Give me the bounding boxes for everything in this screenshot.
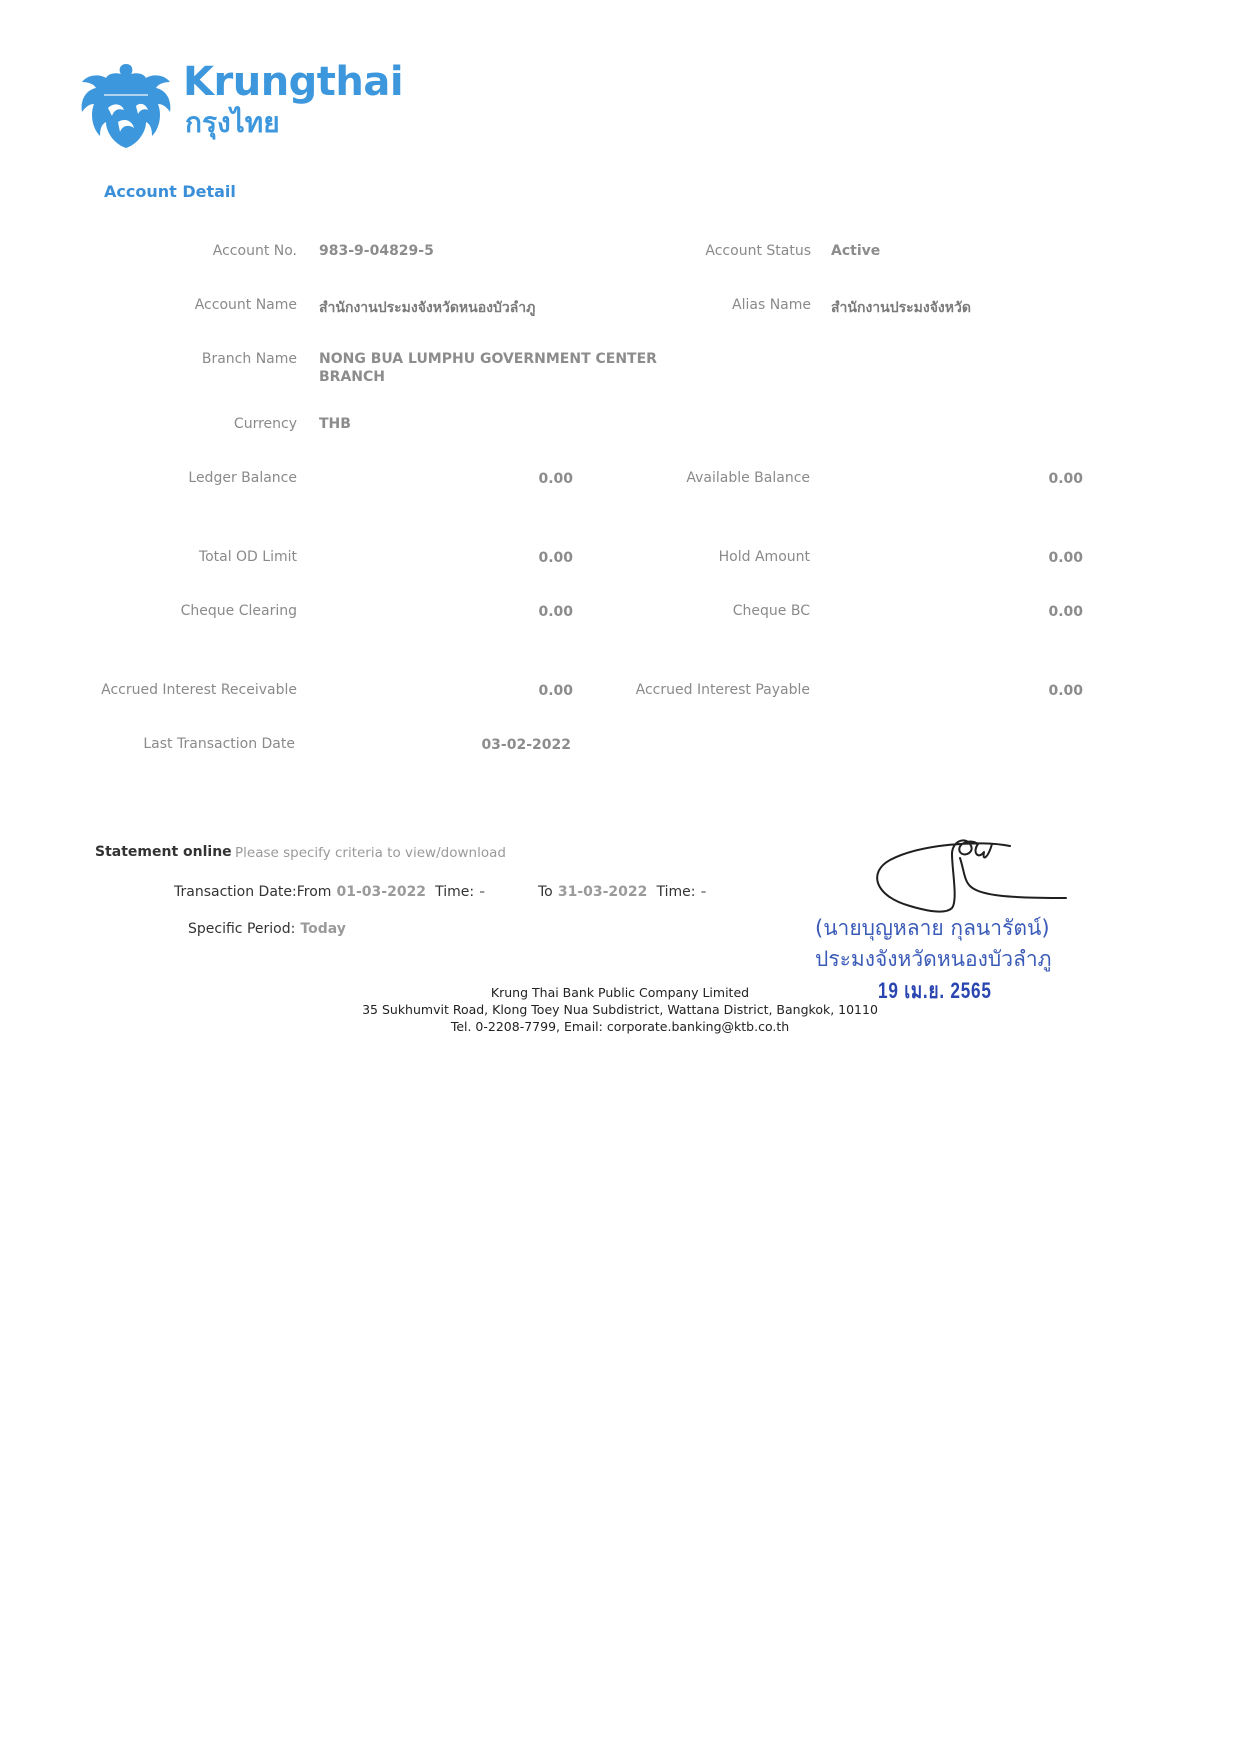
from-date-value: 01-03-2022: [337, 884, 427, 900]
ledger-balance-value: 0.00: [538, 471, 573, 487]
last-transaction-date-label: Last Transaction Date: [143, 736, 295, 752]
account-status-label: Account Status: [705, 243, 811, 259]
total-od-limit-label: Total OD Limit: [199, 549, 297, 565]
branch-name-value-line1: NONG BUA LUMPHU GOVERNMENT CENTER: [319, 351, 657, 367]
transaction-date-range-to: To 31-03-2022 Time: -: [538, 881, 706, 900]
brand-name-en: Krungthai: [183, 62, 403, 102]
accrued-interest-payable-value: 0.00: [1048, 683, 1083, 699]
statement-online-title: Statement online: [95, 844, 232, 860]
accrued-interest-receivable-value: 0.00: [538, 683, 573, 699]
cheque-clearing-value: 0.00: [538, 604, 573, 620]
signer-name: (นายบุญหลาย กุลนารัตน์): [815, 912, 1050, 945]
from-time-label: Time:: [435, 884, 474, 900]
currency-label: Currency: [234, 416, 297, 432]
account-no-label: Account No.: [213, 243, 297, 259]
branch-name-label: Branch Name: [202, 351, 297, 367]
to-date-value: 31-03-2022: [558, 884, 648, 900]
to-time-label: Time:: [657, 884, 696, 900]
cheque-bc-value: 0.00: [1048, 604, 1083, 620]
branch-name-value-line2: BRANCH: [319, 369, 385, 385]
account-name-value: สำนักงานประมงจังหวัดหนองบัวลำภู: [319, 297, 535, 319]
available-balance-value: 0.00: [1048, 471, 1083, 487]
hold-amount-label: Hold Amount: [719, 549, 810, 565]
from-time-value: -: [479, 884, 485, 900]
alias-name-value: สำนักงานประมงจังหวัด: [831, 297, 971, 319]
transaction-date-label: Transaction Date:From: [174, 884, 331, 900]
specific-period-label: Specific Period:: [188, 921, 295, 937]
specific-period: Specific Period: Today: [188, 918, 346, 937]
accrued-interest-receivable-label: Accrued Interest Receivable: [101, 682, 297, 698]
footer-contact: Tel. 0-2208-7799, Email: corporate.banki…: [300, 1018, 940, 1035]
garuda-bird-icon: [78, 58, 174, 154]
transaction-date-range-from: Transaction Date:From 01-03-2022 Time: -: [174, 881, 485, 900]
footer-company: Krung Thai Bank Public Company Limited: [300, 984, 940, 1001]
to-label: To: [538, 884, 553, 900]
statement-online-hint: Please specify criteria to view/download: [235, 845, 506, 861]
account-status-value: Active: [831, 243, 880, 259]
alias-name-label: Alias Name: [732, 297, 811, 313]
ledger-balance-label: Ledger Balance: [188, 470, 297, 486]
footer-address: 35 Sukhumvit Road, Klong Toey Nua Subdis…: [300, 1001, 940, 1018]
account-no-value: 983-9-04829-5: [319, 243, 434, 259]
accrued-interest-payable-label: Accrued Interest Payable: [636, 682, 810, 698]
last-transaction-date-value: 03-02-2022: [481, 737, 571, 753]
footer: Krung Thai Bank Public Company Limited 3…: [300, 984, 940, 1035]
signer-title: ประมงจังหวัดหนองบัวลำภู: [815, 943, 1052, 976]
to-time-value: -: [701, 884, 707, 900]
section-title: Account Detail: [104, 182, 236, 201]
currency-value: THB: [319, 416, 351, 432]
hold-amount-value: 0.00: [1048, 550, 1083, 566]
cheque-bc-label: Cheque BC: [733, 603, 810, 619]
specific-period-value: Today: [300, 921, 345, 937]
account-name-label: Account Name: [195, 297, 297, 313]
total-od-limit-value: 0.00: [538, 550, 573, 566]
brand-name-th: กรุงไทย: [185, 109, 280, 137]
cheque-clearing-label: Cheque Clearing: [181, 603, 297, 619]
available-balance-label: Available Balance: [686, 470, 810, 486]
